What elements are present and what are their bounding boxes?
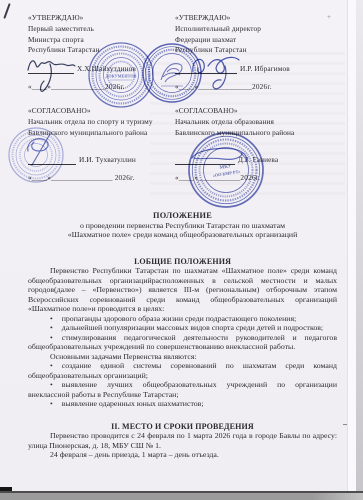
- bullet-text: стимулирования педагогической деятельнос…: [28, 333, 337, 352]
- signature-tukhvatullin-icon: [20, 131, 66, 169]
- bullet-text: дальнейшей популяризации массовых видов …: [62, 323, 323, 332]
- scanner-bottom-band: [0, 493, 363, 500]
- bullet-icon: •: [50, 399, 53, 408]
- approval-role-line: Начальник отдела образования: [175, 117, 325, 127]
- section2-paragraph: Первенство проводится с 24 февраля по 1 …: [28, 431, 337, 450]
- pen-slash-mark: [3, 3, 10, 19]
- section2-heading: II. МЕСТО И СРОКИ ПРОВЕДЕНИЯ: [28, 422, 337, 432]
- approval-heading: «СОГЛАСОВАНО»: [175, 106, 325, 116]
- bullet-icon: •: [50, 380, 53, 389]
- bullet-icon: •: [50, 361, 53, 370]
- document-subtitle-line: «Шахматное поле» среди команд общеобразо…: [28, 230, 337, 240]
- signature-ibragimov-icon: [188, 50, 246, 98]
- bullet-text: выявление одаренных юных шахматистов;: [62, 399, 204, 408]
- bullet-item: •стимулирования педагогической деятельно…: [28, 333, 337, 352]
- scanner-right-edge: [356, 0, 363, 492]
- signature-shaikhutdinov-icon: [26, 53, 78, 95]
- scanned-document-page: + «УТВЕРЖДАЮ» Первый заместитель Министр…: [0, 0, 363, 500]
- approval-heading: «УТВЕРЖДАЮ»: [28, 13, 170, 23]
- document-title: ПОЛОЖЕНИЕ: [28, 211, 337, 221]
- signatory-name: И.И. Тухватуллин: [76, 155, 136, 165]
- bullet-item: •создание единой системы соревнований по…: [28, 361, 337, 380]
- scanner-right-strip: [348, 0, 356, 492]
- bullet-icon: •: [50, 314, 53, 323]
- approval-role-line: Первый заместитель: [28, 24, 170, 34]
- pen-plus-mark: +: [327, 13, 331, 21]
- section1-paragraph: Первенство Республики Татарстан по шахма…: [28, 266, 337, 314]
- document-subtitle-line: о проведении первенства Республики Татар…: [28, 221, 337, 231]
- bullet-text: выявление лучших общеобразовательных учр…: [28, 380, 337, 399]
- bullet-icon: •: [50, 333, 53, 342]
- approval-heading: «УТВЕРЖДАЮ»: [175, 13, 325, 23]
- bullet-item: •пропаганды здорового образа жизни среди…: [28, 314, 337, 324]
- bullet-text: создание единой системы соревнований по …: [28, 361, 337, 380]
- stamp-center-text-line2: «ОО БМР РТ»: [212, 169, 241, 178]
- bullet-icon: •: [50, 323, 53, 332]
- document-body: ПОЛОЖЕНИЕ о проведении первенства Респуб…: [28, 211, 337, 460]
- bullet-text: пропаганды здорового образа жизни среди …: [62, 314, 296, 323]
- section1-heading: I.ОБЩИЕ ПОЛОЖЕНИЯ: [28, 257, 337, 267]
- bullet-item: •дальнейшей популяризации массовых видов…: [28, 323, 337, 333]
- stamp-center-text: ДОКУМЕНТОВ: [106, 73, 137, 78]
- approval-role-line: Исполнительный директор: [175, 24, 325, 34]
- section2-paragraph: 24 февраля – день приезда, 1 марта – ден…: [28, 450, 337, 460]
- section1-paragraph: Основными задачами Первенства являются:: [28, 352, 337, 362]
- bullet-item: •выявление лучших общеобразовательных уч…: [28, 380, 337, 399]
- bullet-item: •выявление одаренных юных шахматистов;: [28, 399, 337, 409]
- signature-ganieva-icon: [188, 143, 252, 169]
